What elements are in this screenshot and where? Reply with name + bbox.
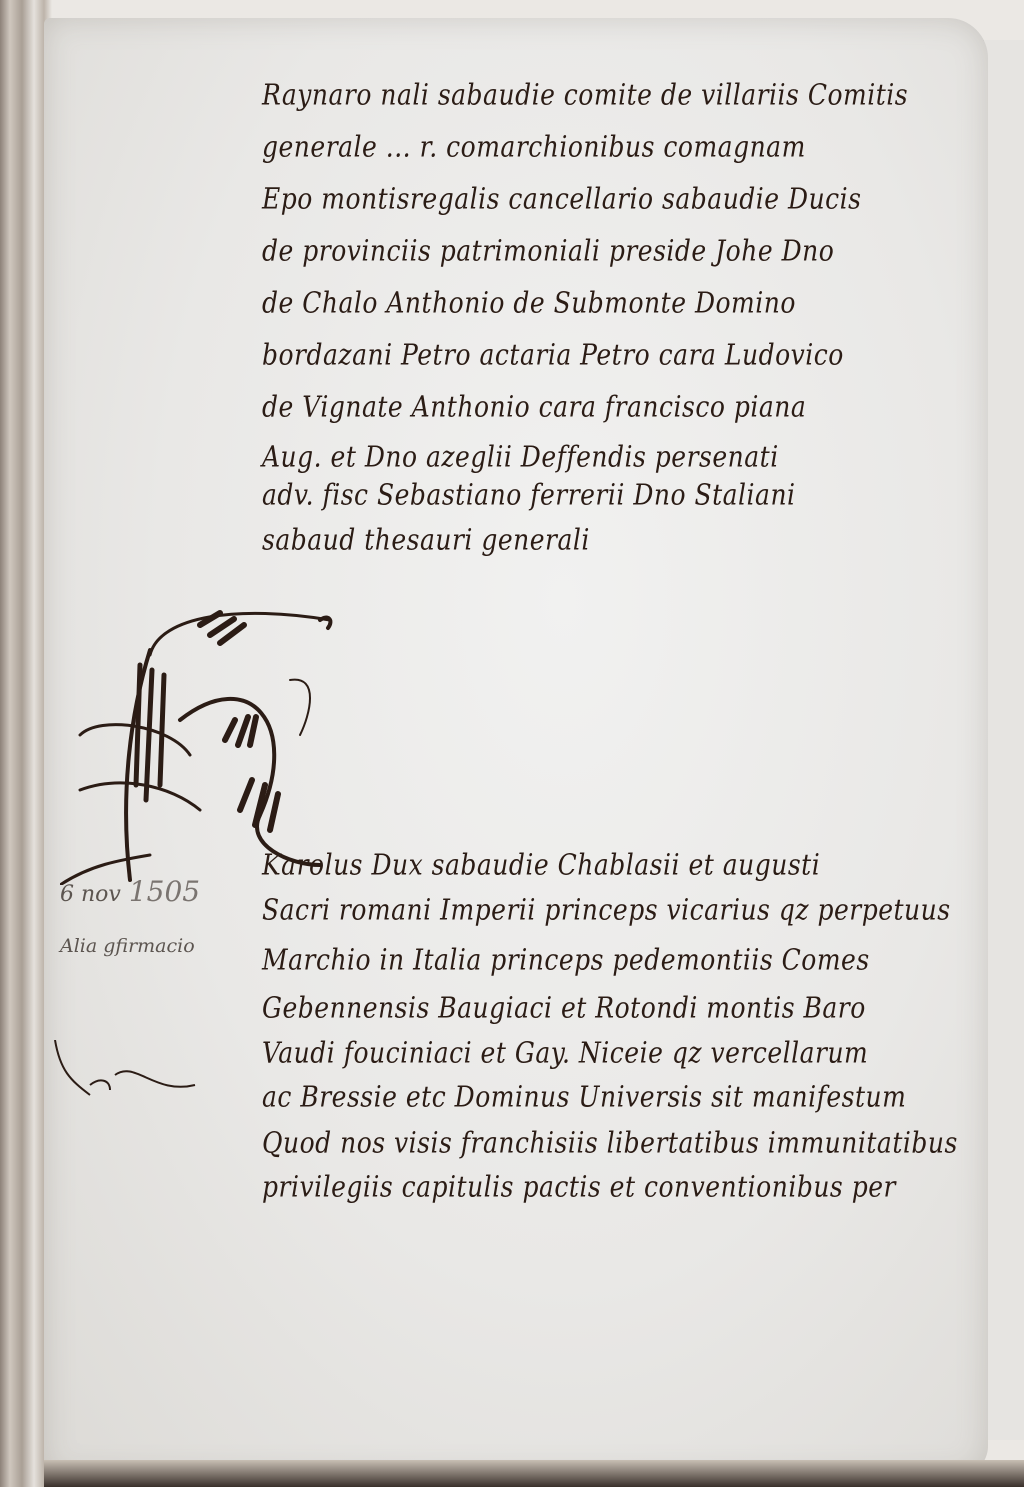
text-line: de Chalo Anthonio de Submonte Domino: [262, 286, 796, 319]
text-line: Epo montisregalis cancellario sabaudie D…: [262, 182, 862, 215]
text-line: generale ... r. comarchionibus comagnam: [262, 130, 806, 163]
text-line: Quod nos visis franchisiis libertatibus …: [262, 1126, 958, 1159]
text-line: de Vignate Anthonio cara francisco piana: [262, 390, 806, 423]
text-line: adv. fisc Sebastiano ferrerii Dno Stalia…: [262, 478, 796, 511]
text-line: ac Bressie etc Dominus Universis sit man…: [262, 1080, 906, 1113]
text-line: Marchio in Italia princeps pedemontiis C…: [262, 943, 870, 976]
text-line: Karolus Dux sabaudie Chablasii et august…: [262, 848, 820, 881]
text-line: Aug. et Dno azeglii Deffendis persenati: [262, 440, 779, 473]
text-line: Gebennensis Baugiaci et Rotondi montis B…: [262, 991, 866, 1024]
text-line: Raynaro nali sabaudie comite de villarii…: [262, 78, 908, 111]
adjacent-leaf: [983, 40, 1024, 1440]
text-line: Vaudi fouciniaci et Gay. Niceie qz verce…: [262, 1036, 868, 1069]
margin-doodle-icon: [45, 1040, 205, 1100]
text-line: bordazani Petro actaria Petro cara Ludov…: [262, 338, 844, 371]
text-line: Sacri romani Imperii princeps vicarius q…: [262, 893, 951, 926]
text-line: privilegiis capitulis pactis et conventi…: [262, 1170, 896, 1203]
margin-date-note: 6 nov1505: [60, 875, 200, 908]
margin-date-year: 1505: [129, 875, 200, 908]
text-line: de provinciis patrimoniali preside Johe …: [262, 234, 834, 267]
page-shadow: [44, 1460, 1024, 1487]
flourish-initial-icon: [60, 595, 360, 885]
margin-date-prefix: 6 nov: [60, 882, 121, 907]
text-line: sabaud thesauri generali: [262, 523, 590, 556]
margin-title-note: Alia gfirmacio: [60, 935, 195, 957]
decorated-initial: [60, 595, 360, 885]
